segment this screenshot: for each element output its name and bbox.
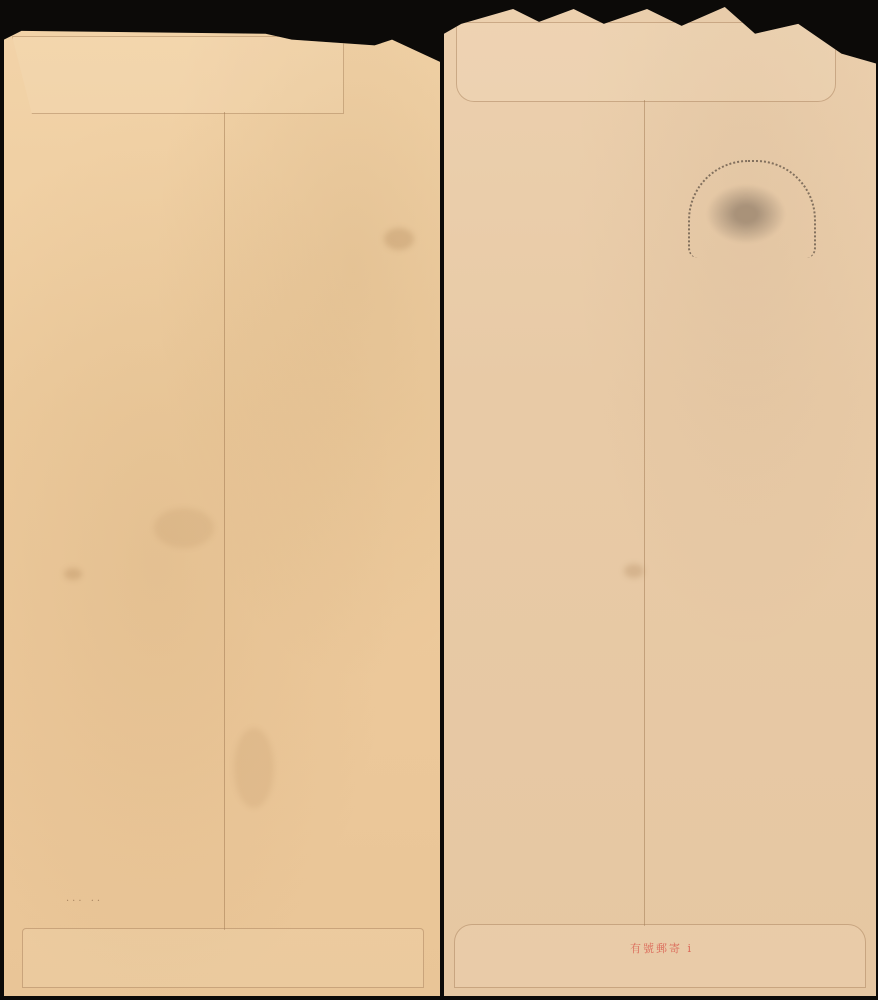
- red-seal-text: 有號郵寄 i: [630, 940, 693, 956]
- left-envelope-seam: [224, 112, 225, 930]
- right-envelope-bottom-flap: [454, 924, 866, 988]
- stain: [234, 728, 274, 808]
- stain: [64, 568, 82, 580]
- faint-bleed-text: ··· ··: [66, 896, 103, 907]
- right-envelope-top-flap: [456, 22, 836, 102]
- stain: [154, 508, 214, 548]
- stain: [384, 228, 414, 250]
- right-envelope-seam: [644, 100, 645, 926]
- left-envelope-top-flap: [12, 36, 344, 114]
- postmark-ink: [706, 184, 786, 244]
- left-envelope-bottom-flap: [22, 928, 424, 988]
- left-envelope: ··· ··: [4, 28, 440, 996]
- right-envelope: 有號郵寄 i: [444, 4, 876, 996]
- stain: [624, 564, 644, 578]
